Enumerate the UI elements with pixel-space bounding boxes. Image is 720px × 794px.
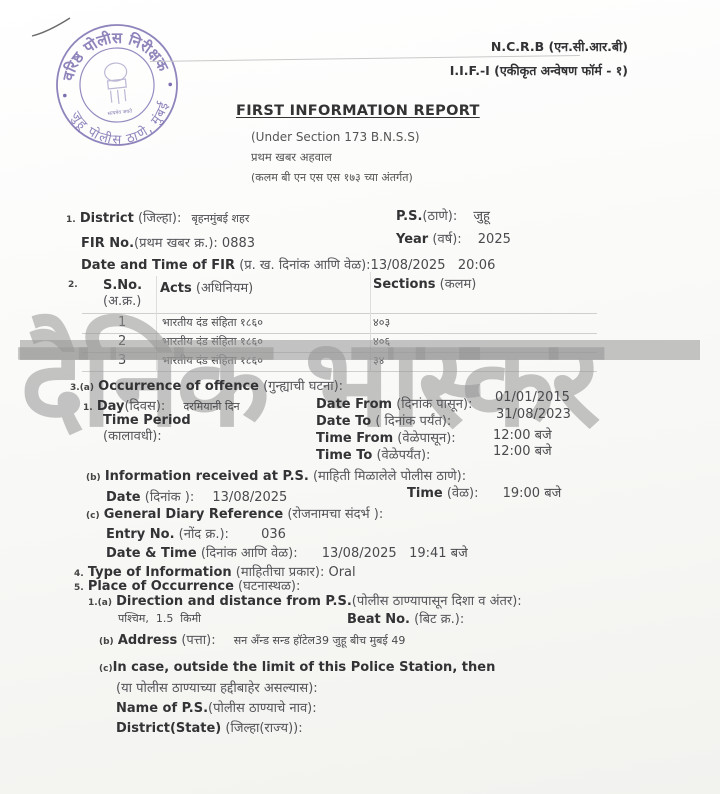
svg-text:सत्यमेव जयते: सत्यमेव जयते	[107, 108, 132, 118]
header-divider	[150, 55, 580, 62]
direction-distance-heading: 1.(a) Direction and distance from P.S.(प…	[88, 591, 522, 609]
col-header-sections: Sections (कलम)	[373, 274, 476, 292]
subtitle-marathi: प्रथम खबर अहवाल	[251, 150, 332, 165]
date-to-value: 31/08/2023	[496, 407, 571, 422]
district-field: 1. District (जिल्हा): बृहनमुंबई शहर	[66, 208, 249, 226]
police-station-stamp: वरिष्ठ पोलीस निरीक्षक जुहू पोलीस ठाणे, म…	[46, 14, 189, 157]
fir-document-page: वरिष्ठ पोलीस निरीक्षक जुहू पोलीस ठाणे, म…	[0, 0, 720, 794]
time-period-label: Time Period (कालावधी):	[103, 413, 191, 445]
subtitle-english: (Under Section 173 B.N.S.S)	[251, 130, 420, 144]
fir-datetime-field: Date and Time of FIR (प्र. ख. दिनांक आणि…	[81, 255, 495, 273]
year-field: Year (वर्ष): 2025	[396, 229, 511, 247]
date-from-field: Date From (दिनांक पासून):	[316, 394, 472, 412]
date-to-field: Date To ( दिनांक पर्यंत):	[316, 411, 451, 429]
section-2-number: 2.	[68, 280, 78, 290]
occurrence-heading: 3.(a) Occurrence of offence (गुन्ह्याची …	[70, 376, 343, 394]
address-field: (b) Address (पत्ता): सन अँन्ड सन्ड हॉटेल…	[99, 630, 405, 648]
outside-limit-heading-marathi: (या पोलीस ठाण्याच्या हद्दीबाहेर असल्यास)…	[116, 678, 318, 696]
iif-form-label: I.I.F.-I (एकीकृत अन्वेषण फॉर्म - १)	[450, 62, 628, 79]
district-state-field: District(State) (जिल्हा(राज्य)):	[116, 718, 303, 736]
info-received-heading: (b) Information received at P.S. (माहिती…	[86, 466, 466, 484]
outside-limit-heading: (c)In case, outside the limit of this Po…	[99, 660, 495, 675]
entry-number-field: Entry No. (नोंद क्र.): 036	[106, 524, 286, 542]
col-header-sno: S.No. (अ.क्र.)	[103, 278, 142, 310]
info-received-date: Date (दिनांक ): 13/08/2025	[106, 487, 287, 505]
day-field: 1. Day(दिवस): दरमियानी दिन	[83, 396, 240, 414]
diary-datetime-field: Date & Time (दिनांक आणि वेळ): 13/08/2025…	[106, 543, 468, 561]
fir-number-field: FIR No.(प्रथम खबर क्र.): 0883	[81, 233, 255, 251]
ps-name-field: Name of P.S.(पोलीस ठाण्याचे नाव):	[116, 698, 317, 716]
date-from-value: 01/01/2015	[495, 390, 570, 405]
ncrb-label: N.C.R.B (एन.सी.आर.बी)	[491, 38, 628, 55]
svg-text:वरिष्ठ पोलीस निरीक्षक: वरिष्ठ पोलीस निरीक्षक	[54, 23, 174, 86]
col-header-acts: Acts (अधिनियम)	[160, 278, 253, 296]
info-received-time: Time (वेळ): 19:00 बजे	[407, 483, 561, 501]
page-title: FIRST INFORMATION REPORT	[236, 103, 480, 119]
time-from-field: Time From (वेळेपासून):	[316, 428, 456, 446]
beat-number-field: Beat No. (बिट क्र.):	[347, 609, 464, 627]
subtitle-section-marathi: (कलम बी एन एस एस १७३ च्या अंतर्गत)	[251, 170, 413, 185]
time-to-field: Time To (वेळेपर्यंत):	[316, 445, 430, 463]
general-diary-heading: (c) General Diary Reference (रोजनामचा सं…	[86, 504, 383, 522]
ashoka-emblem-icon	[104, 62, 130, 105]
police-station-field: P.S.(ठाणे): जुहू	[396, 206, 490, 224]
direction-distance-value: पश्चिम, 1.5 किमी	[118, 611, 201, 626]
time-to-value: 12:00 बजे	[493, 441, 552, 459]
